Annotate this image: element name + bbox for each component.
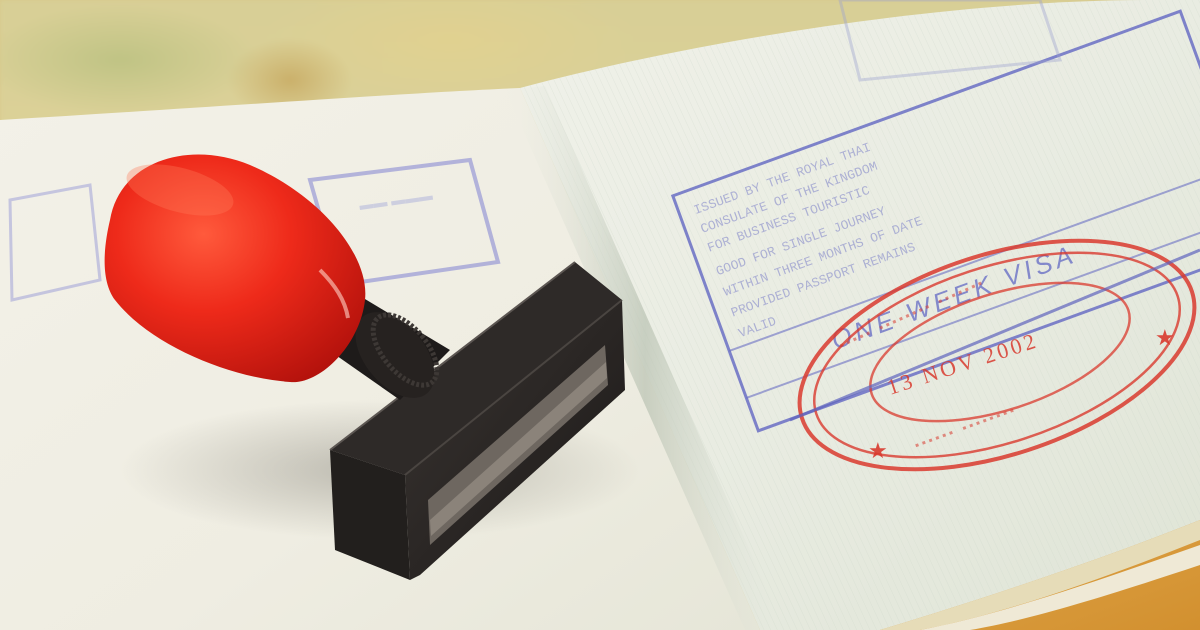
passport-photo: ▬▬ ▬▬▬ ISSUED BY THE ROYAL THAI CONSULAT…: [0, 0, 1200, 630]
svg-text:★: ★: [868, 439, 888, 464]
svg-text:★: ★: [1155, 326, 1175, 351]
